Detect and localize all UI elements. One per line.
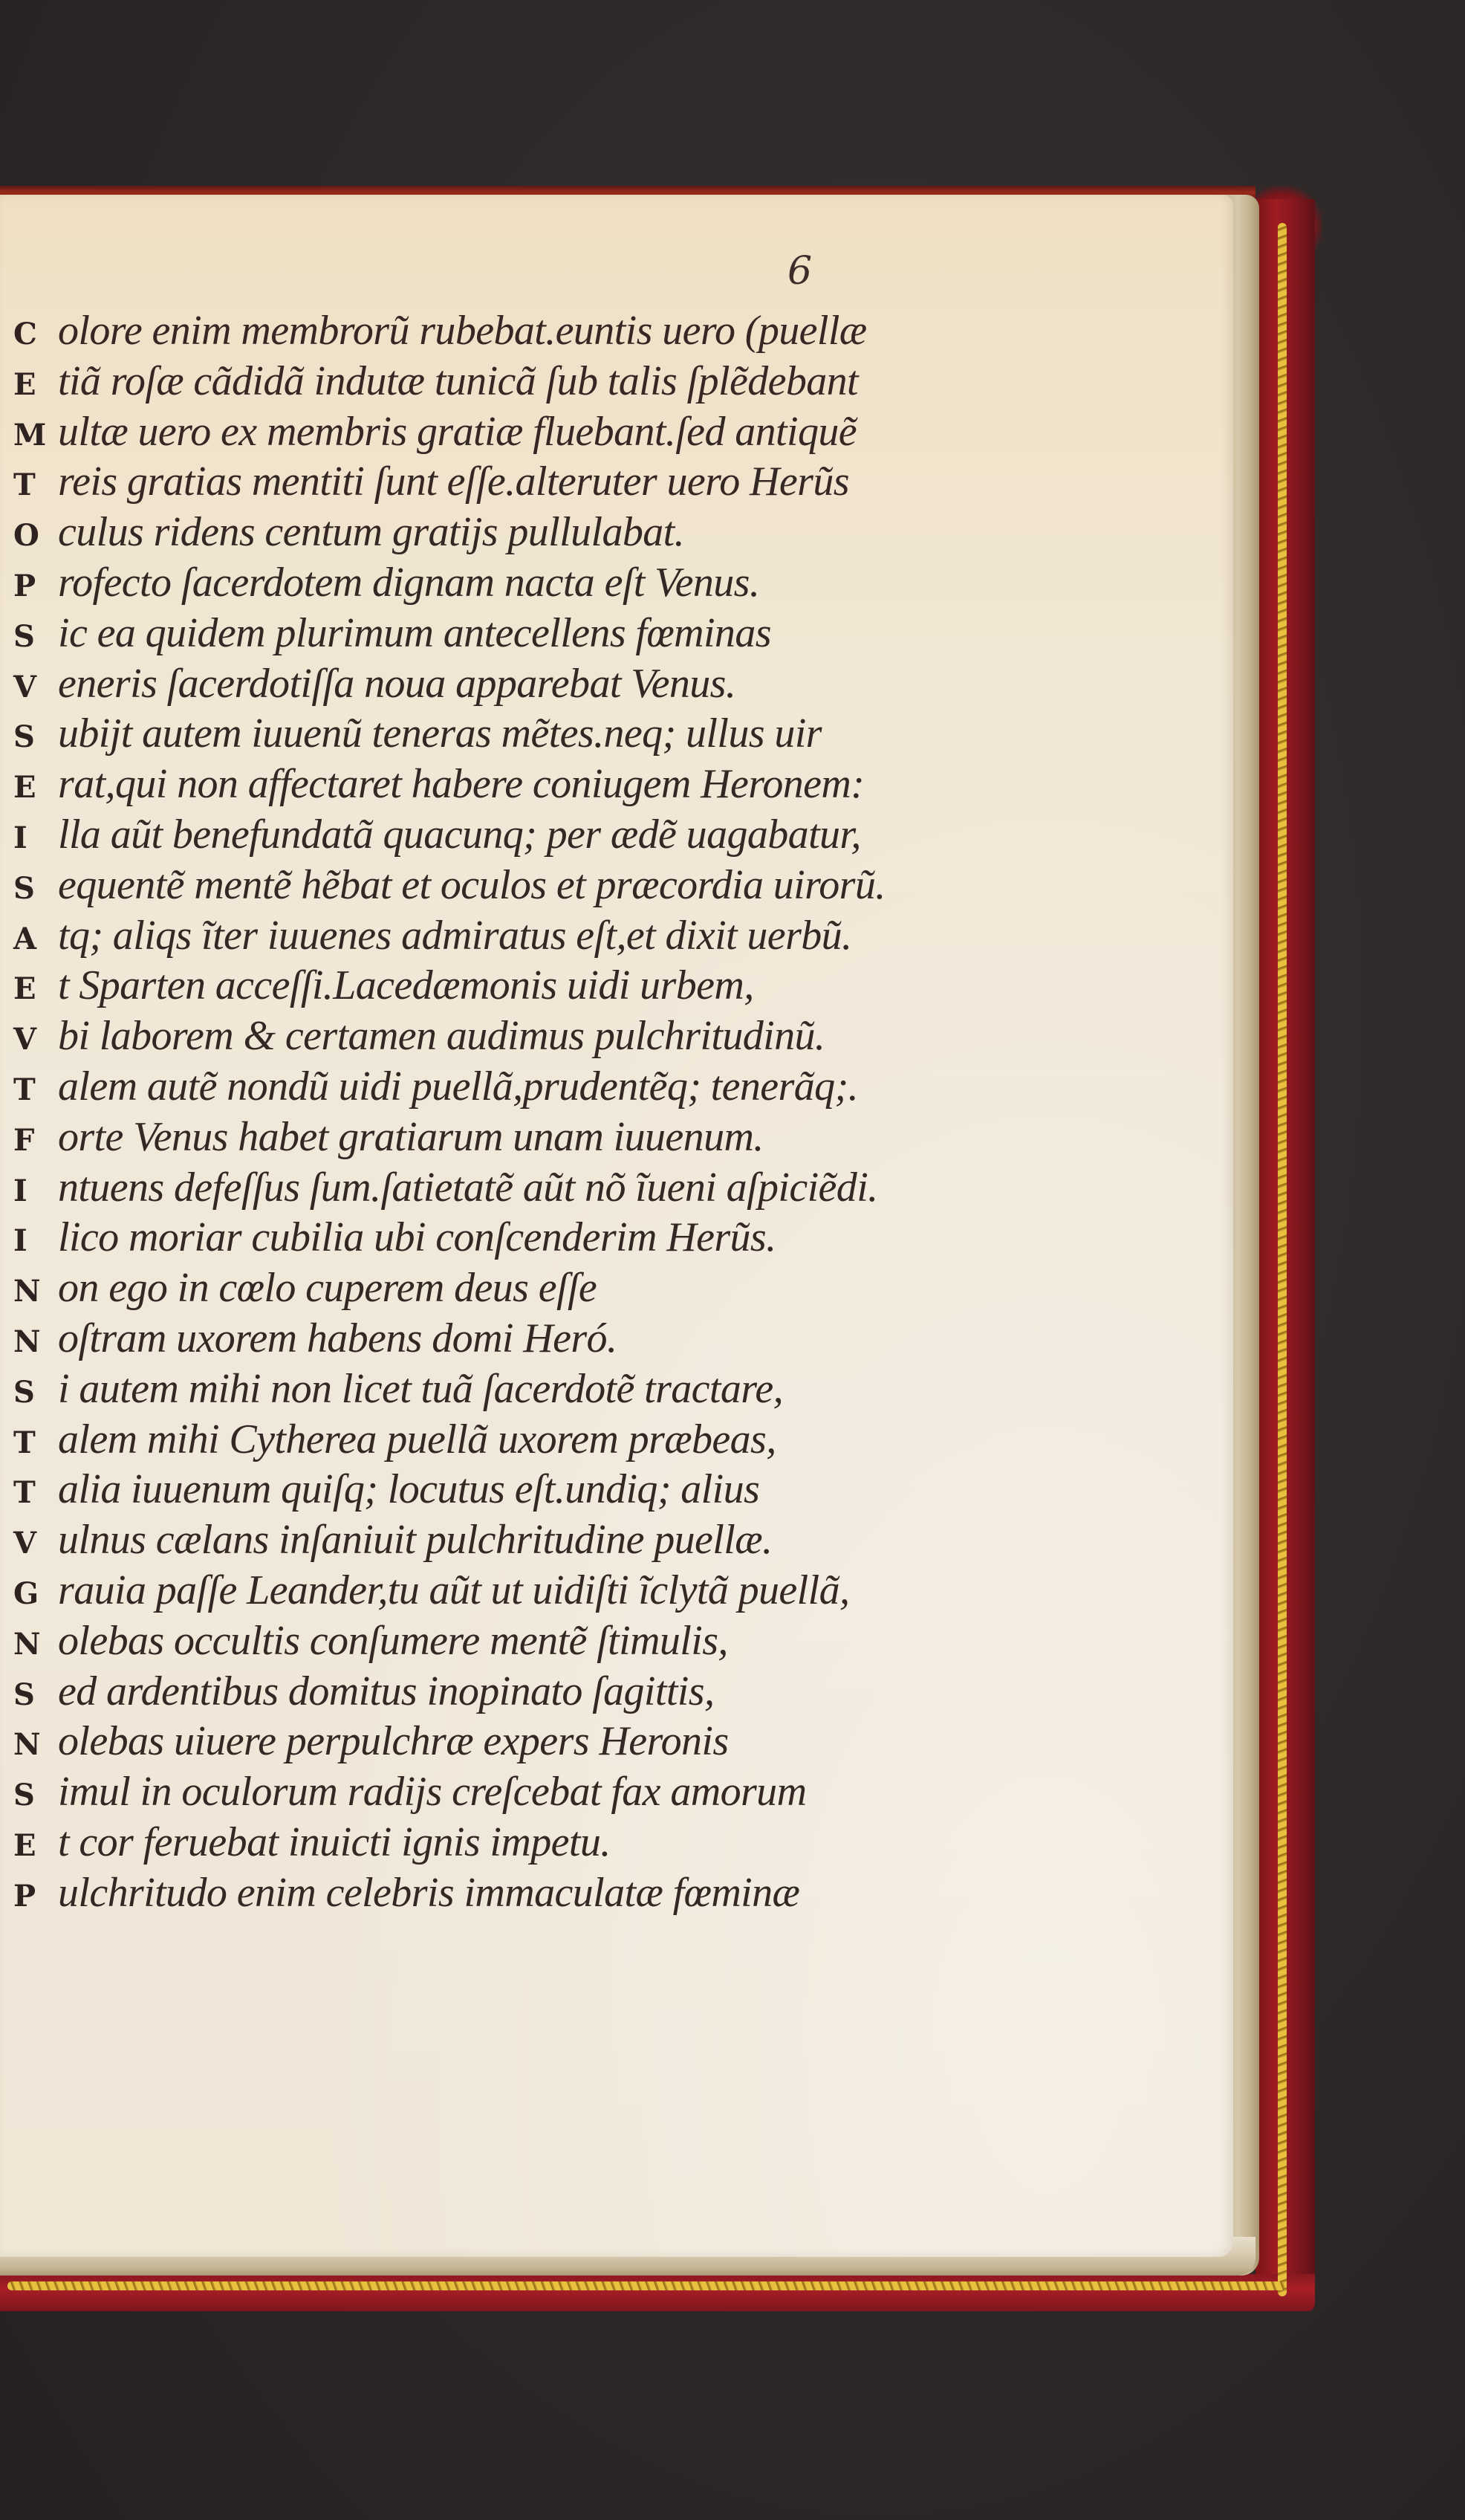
line-text: olore enim membrorũ rubebat.euntis uero … xyxy=(58,306,867,357)
line-initial: I xyxy=(13,813,58,864)
text-line: Noſtram uxorem habens domi Heró. xyxy=(13,1314,1202,1364)
line-text: oſtram uxorem habens domi Heró. xyxy=(58,1314,617,1364)
text-line: Colore enim membrorũ rubebat.euntis uero… xyxy=(13,306,1202,357)
line-text: bi laborem & certamen audimus pulchritud… xyxy=(58,1011,825,1062)
line-initial: E xyxy=(13,360,58,410)
text-line: Vulnus cælans inſaniuit pulchritudine pu… xyxy=(13,1515,1202,1566)
gold-cord-right xyxy=(1278,223,1287,2296)
text-line: Profecto ſacerdotem dignam nacta eſt Ven… xyxy=(13,558,1202,609)
line-text: t cor feruebat inuicti ignis impetu. xyxy=(58,1818,611,1868)
line-initial: E xyxy=(13,964,58,1014)
text-line: Forte Venus habet gratiarum unam iuuenum… xyxy=(13,1112,1202,1163)
line-text: rauia paſſe Leander,tu aũt ut uidiſti ĩc… xyxy=(58,1566,849,1616)
line-text: tiã roſæ cãdidã indutæ tunicã ſub talis … xyxy=(58,357,858,407)
text-block: Colore enim membrorũ rubebat.euntis uero… xyxy=(13,306,1202,1919)
text-line: Treis gratias mentiti ſunt eſſe.alterute… xyxy=(13,457,1202,508)
line-initial: N xyxy=(13,1266,58,1317)
text-line: Talem mihi Cytherea puellã uxorem præbea… xyxy=(13,1415,1202,1465)
line-initial: O xyxy=(13,511,58,561)
line-text: on ego in cœlo cuperem deus eſſe xyxy=(58,1263,597,1314)
text-line: Veneris ſacerdotiſſa noua apparebat Venu… xyxy=(13,659,1202,710)
text-line: Illa aũt benefundatã quacunq; per ædẽ ua… xyxy=(13,810,1202,861)
text-line: Et cor feruebat inuicti ignis impetu. xyxy=(13,1818,1202,1868)
line-initial: C xyxy=(13,309,58,360)
line-initial: M xyxy=(13,410,58,461)
line-text: alia iuuenum quiſq; locutus eſt.undiq; a… xyxy=(58,1465,759,1515)
text-line: Pulchritudo enim celebris immaculatæ fœm… xyxy=(13,1868,1202,1919)
page-number: 6 xyxy=(787,249,812,294)
gold-cord-bottom xyxy=(7,2281,1285,2290)
text-line: Erat,qui non affectaret habere coniugem … xyxy=(13,759,1202,810)
line-text: alem autẽ nondũ uidi puellã,prudentẽq; t… xyxy=(58,1062,858,1112)
text-line: Simul in oculorum radijs creſcebat fax a… xyxy=(13,1767,1202,1818)
line-text: ntuens defeſſus ſum.ſatietatẽ aũt nõ ĩue… xyxy=(58,1163,878,1214)
text-line: Vbi laborem & certamen audimus pulchritu… xyxy=(13,1011,1202,1062)
line-text: ultæ uero ex membris gratiæ fluebant.ſed… xyxy=(58,407,857,458)
line-text: olebas uiuere perpulchræ expers Heronis xyxy=(58,1717,729,1767)
line-initial: V xyxy=(13,1518,58,1569)
line-text: t Sparten acceſſi.Lacedæmonis uidi urbem… xyxy=(58,961,754,1011)
text-line: Subijt autem iuuenũ teneras mẽtes.neq; u… xyxy=(13,709,1202,759)
text-line: Sic ea quidem plurimum antecellens fœmin… xyxy=(13,609,1202,659)
line-initial: S xyxy=(13,1367,58,1418)
text-line: Nolebas occultis conſumere mentẽ ſtimuli… xyxy=(13,1616,1202,1667)
text-line: Ilico moriar cubilia ubi conſcenderim He… xyxy=(13,1213,1202,1263)
line-text: imul in oculorum radijs creſcebat fax am… xyxy=(58,1767,806,1818)
text-line: Si autem mihi non licet tuã ſacerdotẽ tr… xyxy=(13,1364,1202,1415)
line-text: lico moriar cubilia ubi conſcenderim Her… xyxy=(58,1213,776,1263)
line-initial: N xyxy=(13,1619,58,1670)
text-line: Intuens defeſſus ſum.ſatietatẽ aũt nõ ĩu… xyxy=(13,1163,1202,1214)
text-line: Talem autẽ nondũ uidi puellã,prudentẽq; … xyxy=(13,1062,1202,1112)
line-text: olebas occultis conſumere mentẽ ſtimulis… xyxy=(58,1616,728,1667)
line-initial: S xyxy=(13,864,58,914)
text-line: Multæ uero ex membris gratiæ fluebant.ſe… xyxy=(13,407,1202,458)
text-line: Et Sparten acceſſi.Lacedæmonis uidi urbe… xyxy=(13,961,1202,1011)
line-text: ed ardentibus domitus inopinato ſagittis… xyxy=(58,1667,714,1717)
text-line: Grauia paſſe Leander,tu aũt ut uidiſti ĩ… xyxy=(13,1566,1202,1616)
line-text: tq; aliqs ĩter iuuenes admiratus eſt,et … xyxy=(58,911,851,962)
line-text: lla aũt benefundatã quacunq; per ædẽ uag… xyxy=(58,810,861,861)
text-line: Non ego in cœlo cuperem deus eſſe xyxy=(13,1263,1202,1314)
line-text: ulnus cælans inſaniuit pulchritudine pue… xyxy=(58,1515,772,1566)
line-text: ubijt autem iuuenũ teneras mẽtes.neq; ul… xyxy=(58,709,822,759)
line-initial: E xyxy=(13,762,58,813)
line-initial: P xyxy=(13,561,58,612)
line-text: rat,qui non affectaret habere coniugem H… xyxy=(58,759,864,810)
line-text: rofecto ſacerdotem dignam nacta eſt Venu… xyxy=(58,558,759,609)
binding-bottom-edge xyxy=(0,2274,1315,2311)
line-initial: V xyxy=(13,1014,58,1065)
text-line: Sed ardentibus domitus inopinato ſagitti… xyxy=(13,1667,1202,1717)
line-initial: E xyxy=(13,1821,58,1871)
line-initial: S xyxy=(13,612,58,662)
line-initial: V xyxy=(13,662,58,713)
line-text: alem mihi Cytherea puellã uxorem præbeas… xyxy=(58,1415,776,1465)
line-initial: A xyxy=(13,914,58,965)
line-initial: S xyxy=(13,1770,58,1821)
text-line: Sequentẽ mentẽ hẽbat et oculos et præcor… xyxy=(13,861,1202,911)
line-initial: S xyxy=(13,712,58,762)
line-text: ulchritudo enim celebris immaculatæ fœmi… xyxy=(58,1868,799,1919)
line-initial: G xyxy=(13,1569,58,1619)
line-initial: F xyxy=(13,1115,58,1166)
line-text: eneris ſacerdotiſſa noua apparebat Venus… xyxy=(58,659,735,710)
line-text: equentẽ mentẽ hẽbat et oculos et præcord… xyxy=(58,861,886,911)
line-initial: P xyxy=(13,1871,58,1922)
line-initial: I xyxy=(13,1216,58,1266)
text-line: Atq; aliqs ĩter iuuenes admiratus eſt,et… xyxy=(13,911,1202,962)
line-initial: T xyxy=(13,1065,58,1115)
line-initial: T xyxy=(13,1418,58,1468)
line-text: reis gratias mentiti ſunt eſſe.alteruter… xyxy=(58,457,849,508)
line-initial: N xyxy=(13,1317,58,1367)
line-initial: I xyxy=(13,1166,58,1217)
text-line: Talia iuuenum quiſq; locutus eſt.undiq; … xyxy=(13,1465,1202,1515)
text-line: Etiã roſæ cãdidã indutæ tunicã ſub talis… xyxy=(13,357,1202,407)
line-initial: S xyxy=(13,1670,58,1720)
line-text: i autem mihi non licet tuã ſacerdotẽ tra… xyxy=(58,1364,783,1415)
line-initial: T xyxy=(13,460,58,511)
text-line: Nolebas uiuere perpulchræ expers Heronis xyxy=(13,1717,1202,1767)
line-text: ic ea quidem plurimum antecellens fœmina… xyxy=(58,609,771,659)
line-initial: N xyxy=(13,1720,58,1770)
line-text: culus ridens centum gratijs pullulabat. xyxy=(58,508,684,558)
line-initial: T xyxy=(13,1468,58,1518)
line-text: orte Venus habet gratiarum unam iuuenum. xyxy=(58,1112,764,1163)
text-line: Oculus ridens centum gratijs pullulabat. xyxy=(13,508,1202,558)
